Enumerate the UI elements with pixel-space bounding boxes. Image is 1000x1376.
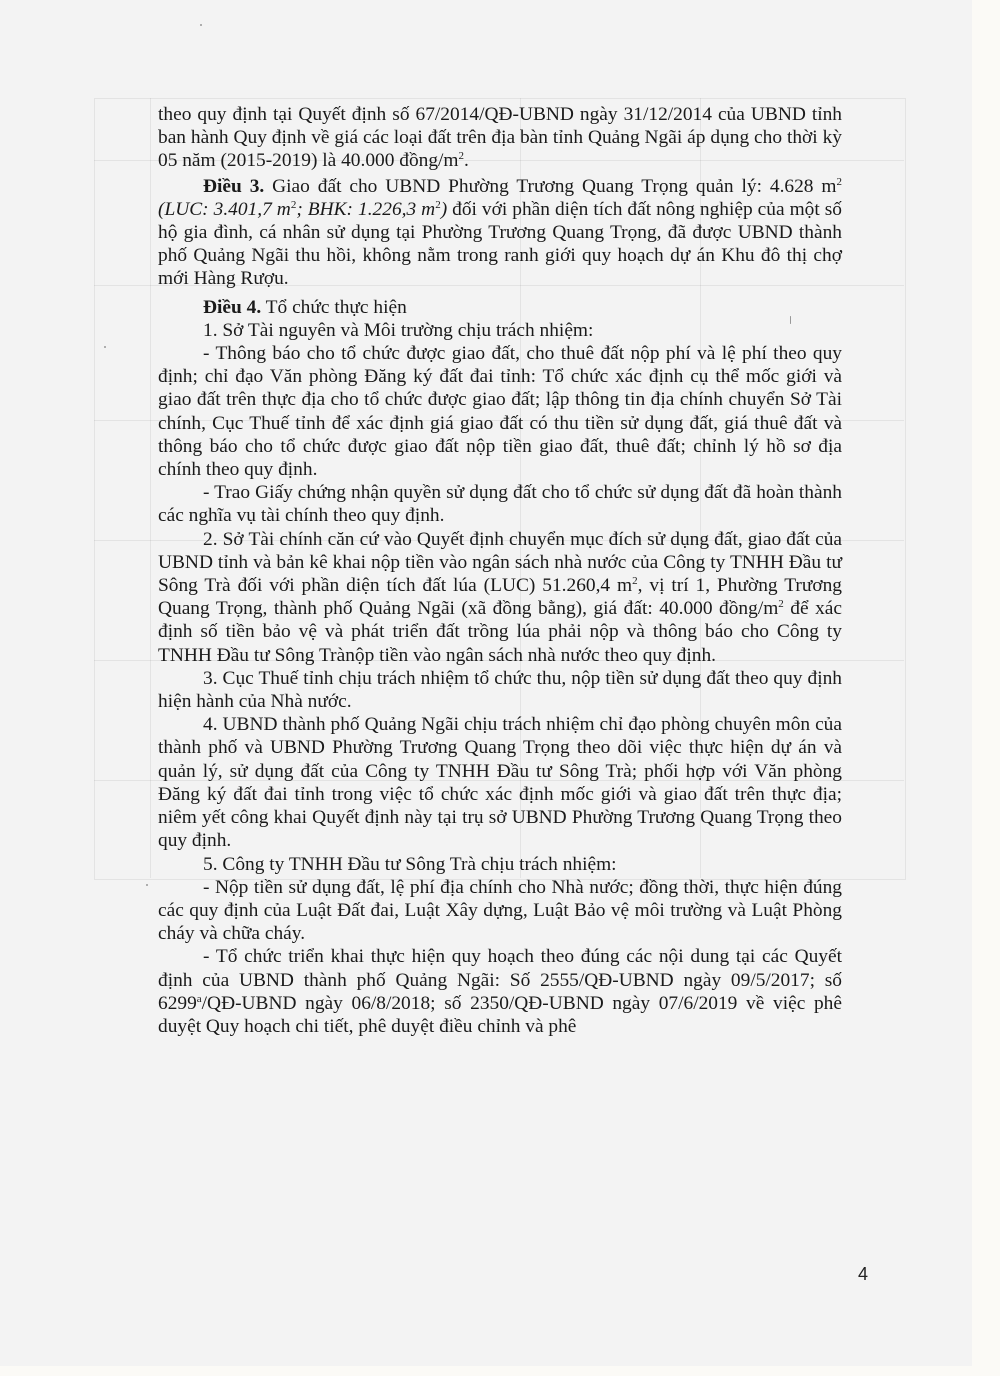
paragraph-text: .: [464, 150, 469, 171]
article-heading: Điều 3.: [203, 176, 264, 197]
paragraph-text: Giao đất cho UBND Phường Trương Quang Tr…: [264, 176, 836, 197]
paragraph-text: /QĐ-UBND ngày 06/8/2018; số 2350/QĐ-UBND…: [158, 993, 842, 1037]
italic-text: ; BHK: 1.226,3 m: [296, 199, 435, 220]
item-4: 4. UBND thành phố Quảng Ngãi chịu trách …: [158, 713, 842, 852]
page-number: 4: [858, 1264, 868, 1285]
item-5: 5. Công ty TNHH Đầu tư Sông Trà chịu trá…: [158, 853, 842, 876]
item-3: 3. Cục Thuế tỉnh chịu trách nhiệm tổ chứ…: [158, 667, 842, 713]
item-2: 2. Sở Tài chính căn cứ vào Quyết định ch…: [158, 528, 842, 667]
item-1: 1. Sở Tài nguyên và Môi trường chịu trác…: [158, 319, 842, 342]
scanned-page: theo quy định tại Quyết định số 67/2014/…: [0, 0, 972, 1366]
item-1b: - Trao Giấy chứng nhận quyền sử dụng đất…: [158, 481, 842, 527]
document-body: theo quy định tại Quyết định số 67/2014/…: [158, 103, 842, 1038]
italic-text: (LUC: 3.401,7 m: [158, 199, 291, 220]
item-5a: - Nộp tiền sử dụng đất, lệ phí địa chính…: [158, 876, 842, 946]
paragraph-text: theo quy định tại Quyết định số 67/2014/…: [158, 104, 842, 171]
scan-speck: [200, 24, 202, 26]
paragraph-text: Tổ chức thực hiện: [261, 297, 407, 318]
bleed-through-column-line: [150, 98, 151, 878]
superscript: 2: [837, 176, 843, 188]
article-heading: Điều 4.: [203, 297, 261, 318]
scan-speck: [146, 884, 148, 886]
item-1a: - Thông báo cho tổ chức được giao đất, c…: [158, 342, 842, 481]
paragraph-price-continuation: theo quy định tại Quyết định số 67/2014/…: [158, 103, 842, 173]
item-5b: - Tổ chức triển khai thực hiện quy hoạch…: [158, 945, 842, 1038]
scan-speck: [104, 346, 106, 348]
article-3: Điều 3. Giao đất cho UBND Phường Trương …: [158, 175, 842, 291]
article-4: Điều 4. Tổ chức thực hiện: [158, 296, 842, 319]
